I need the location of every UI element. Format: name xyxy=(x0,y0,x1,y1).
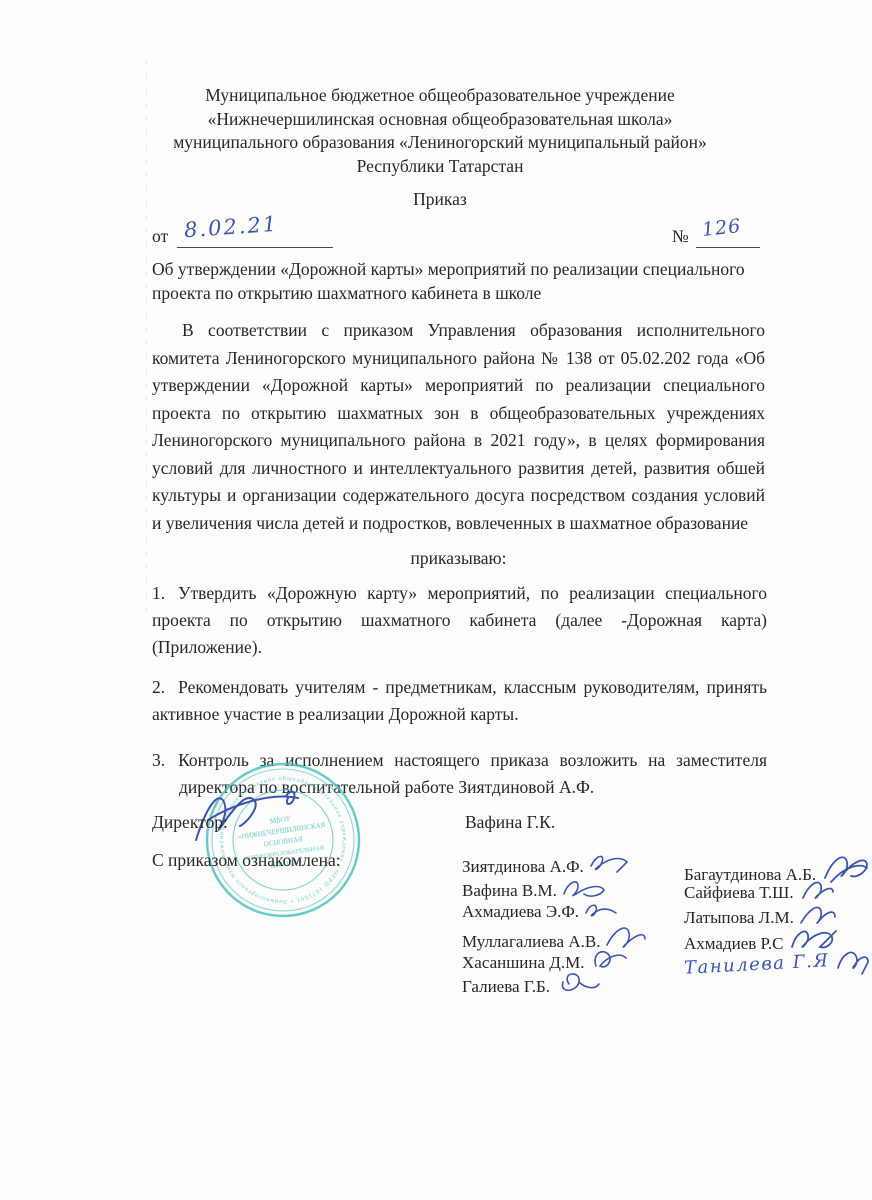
director-name: Вафина Г.К. xyxy=(465,812,555,833)
document-header: Муниципальное бюджетное общеобразователь… xyxy=(120,84,760,178)
person-name: Ахмадиева Э.Ф. xyxy=(462,902,579,921)
date-label: от xyxy=(152,226,168,247)
name-row: Галиева Г.Б. xyxy=(462,970,692,994)
name-row: Хасаншина Д.М. xyxy=(462,946,692,970)
name-row: Ахмадиева Э.Ф. xyxy=(462,899,692,923)
order-preamble: В соответствии с приказом Управления обр… xyxy=(152,317,765,537)
scanned-order-document: Муниципальное бюджетное общеобразователь… xyxy=(0,0,872,1200)
name-row: Латыпова Л.М. xyxy=(684,899,872,923)
acknowledged-names-left: Зиятдинова А.Ф. Вафина В.М. Ахмадиева Э.… xyxy=(462,852,692,993)
org-name-line-1: Муниципальное бюджетное общеобразователь… xyxy=(120,84,760,108)
signature-ink xyxy=(582,899,622,923)
item-number: 2. xyxy=(152,677,178,697)
item-number: 1. xyxy=(152,583,178,603)
signature-ink xyxy=(560,876,610,902)
org-name-line-3: муниципального образования «Лениногорски… xyxy=(120,131,760,155)
org-name-line-4: Республики Татарстан xyxy=(120,155,760,179)
signature-ink xyxy=(553,970,603,998)
director-label: Директор: xyxy=(152,812,228,833)
name-row: Танилева Г.Я xyxy=(684,946,872,970)
name-row: Зиятдинова А.Ф. xyxy=(462,852,692,876)
name-row: Вафина В.М. xyxy=(462,876,692,900)
handwritten-person-name: Танилева Г.Я xyxy=(683,949,829,980)
signature-ink xyxy=(587,852,633,878)
acknowledged-names-right: Багаутдинова А.Б. Сайфиева Т.Ш. Латыпова… xyxy=(684,852,872,970)
signature-ink xyxy=(832,946,872,976)
name-row: Багаутдинова А.Б. xyxy=(684,852,872,876)
org-name-line-2: «Нижнечершилинская основная общеобразова… xyxy=(120,108,760,132)
order-item-2: 2.Рекомендовать учителям - предметникам,… xyxy=(152,674,767,728)
decree-word: приказываю: xyxy=(152,548,765,569)
number-label: № xyxy=(672,226,689,247)
item-text: Утвердить «Дорожную карту» мероприятий, … xyxy=(152,583,767,657)
name-row: Ахмадиев Р.С xyxy=(684,923,872,947)
name-row: Муллагалиева А.В. xyxy=(462,923,692,947)
handwritten-number: 126 xyxy=(701,215,742,241)
order-item-1: 1.Утвердить «Дорожную карту» мероприятий… xyxy=(152,580,767,661)
item-number: 3. xyxy=(152,750,178,770)
acknowledged-label: С приказом ознакомлена: xyxy=(152,850,341,871)
person-name: Вафина В.М. xyxy=(462,881,557,900)
person-name: Галиева Г.Б. xyxy=(462,977,550,996)
document-type-title: Приказ xyxy=(120,189,760,210)
item-text: Рекомендовать учителям - предметникам, к… xyxy=(152,677,767,724)
person-name: Зиятдинова А.Ф. xyxy=(462,857,584,876)
order-subject: Об утверждении «Дорожной карты» мероприя… xyxy=(152,257,770,305)
